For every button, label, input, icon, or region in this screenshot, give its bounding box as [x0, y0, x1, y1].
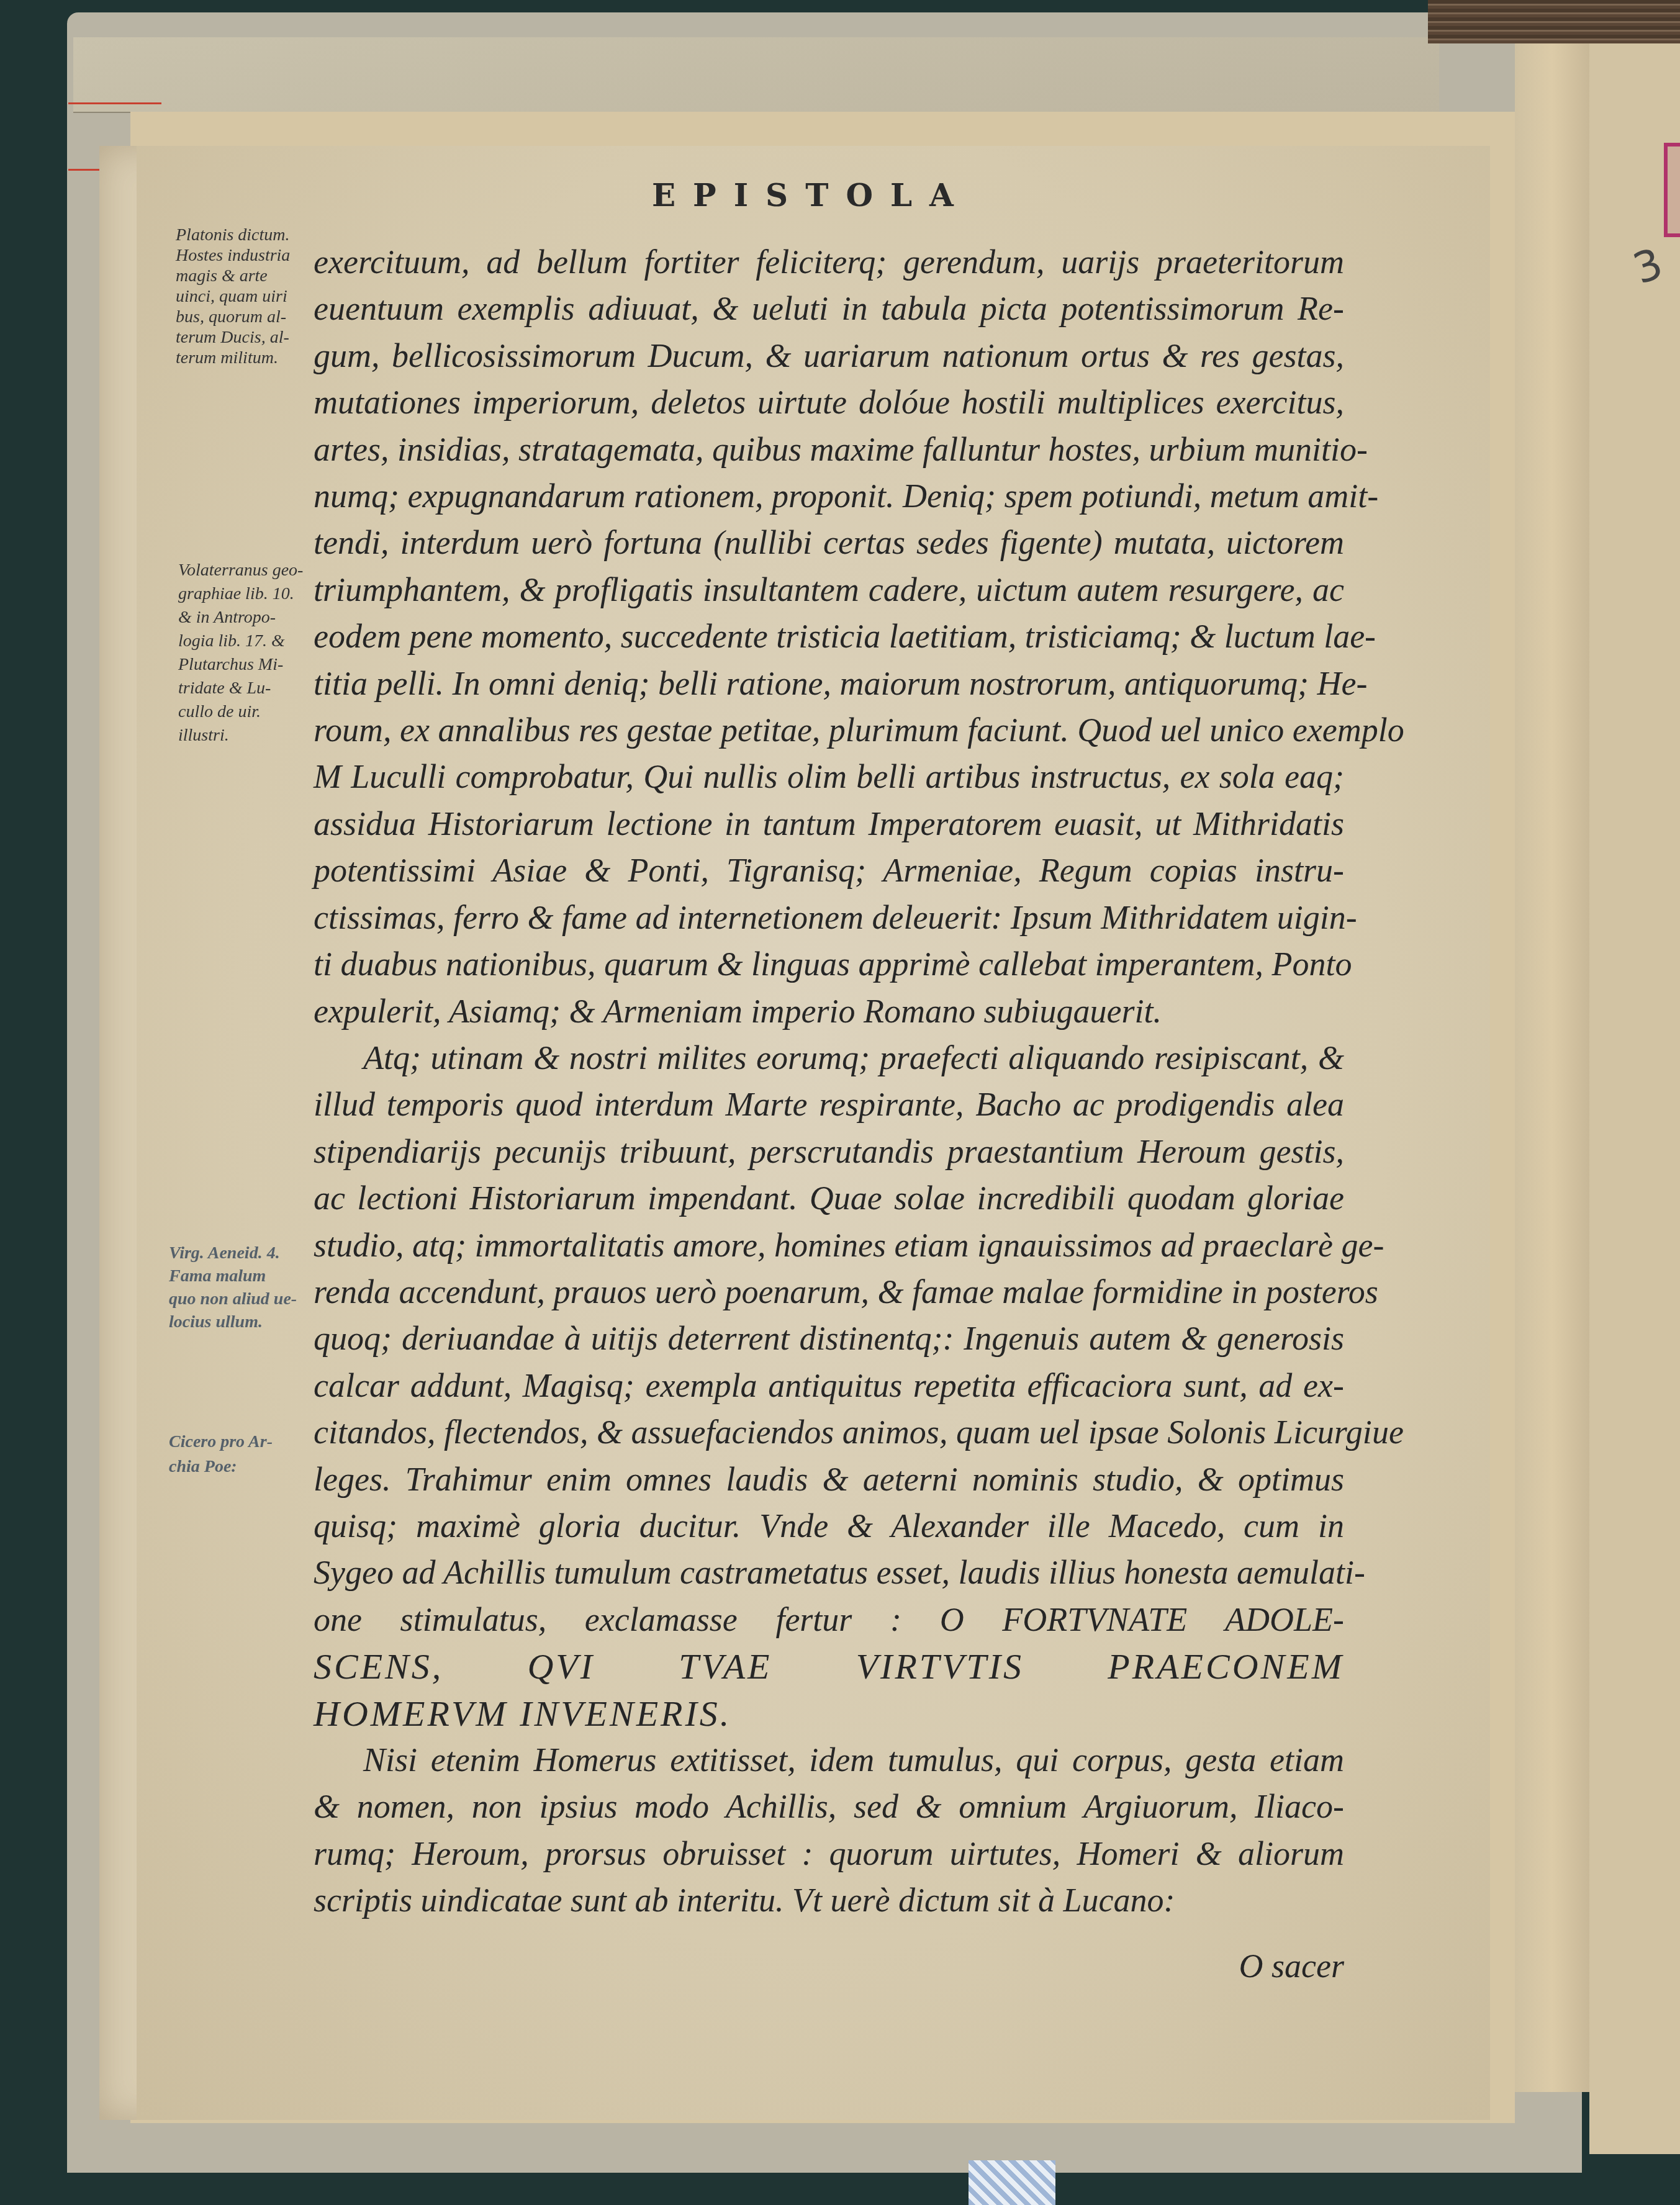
margin-note-line: cullo de uir.	[178, 700, 321, 724]
margin-note-line: locius ullum.	[169, 1310, 312, 1333]
text-line: calcar addunt, Magisq; exempla antiquitu…	[314, 1363, 1344, 1409]
margin-note-line: illustri.	[178, 724, 321, 747]
paragraph-3: Nisi etenim Homerus extitisset, idem tum…	[314, 1737, 1344, 1924]
text-line: Sygeo ad Achillis tumulum castrametatus …	[314, 1549, 1344, 1596]
margin-note-cicero: Cicero pro Ar- chia Poe:	[169, 1430, 312, 1479]
margin-note-line: bus, quorum al-	[176, 307, 318, 327]
text-line: illud temporis quod interdum Marte respi…	[314, 1081, 1344, 1128]
margin-note-line: logia lib. 17. &	[178, 629, 321, 653]
text-line: Atq; utinam & nostri milites eorumq; pra…	[314, 1035, 1344, 1081]
text-line: gum, bellicosissimorum Ducum, & uariarum…	[314, 333, 1344, 379]
margin-note-line: quo non aliud ue-	[169, 1287, 312, 1310]
text-line: ctissimas, ferro & fame ad internetionem…	[314, 895, 1344, 941]
text-line: artes, insidias, stratagemata, quibus ma…	[314, 426, 1344, 473]
margin-note-line: uinci, quam uiri	[176, 286, 318, 307]
margin-note-line: magis & arte	[176, 266, 318, 286]
text-line: potentissimi Asiae & Ponti, Tigranisq; A…	[314, 847, 1344, 894]
cover-turn-in	[73, 37, 1439, 113]
library-stamp	[1664, 143, 1680, 237]
margin-note-line: Volaterranus geo-	[178, 559, 321, 582]
margin-note-line: chia Poe:	[169, 1454, 312, 1479]
margin-note-line: Platonis dictum.	[176, 225, 318, 245]
text-line: renda accendunt, prauos uerò poenarum, &…	[314, 1269, 1344, 1315]
margin-note-line: tridate & Lu-	[178, 677, 321, 700]
text-line: leges. Trahimur enim omnes laudis & aete…	[314, 1456, 1344, 1503]
text-line: M Luculli comprobatur, Qui nullis olim b…	[314, 754, 1344, 800]
text-line: & nomen, non ipsius modo Achillis, sed &…	[314, 1783, 1344, 1830]
catchword: O sacer	[314, 1943, 1344, 1990]
margin-note-line: terum militum.	[176, 348, 318, 368]
text-line: rumq; Heroum, prorsus obruisset : quorum…	[314, 1831, 1344, 1877]
red-edge-rule	[68, 102, 161, 104]
text-line-capitals: HOMERVM INVENERIS.	[314, 1690, 1344, 1737]
text-line: roum, ex annalibus res gestae petitae, p…	[314, 707, 1344, 754]
paragraph-1: exercituum, ad bellum fortiter feliciter…	[314, 239, 1344, 1035]
text-line: quoq; deriuandae à uitijs deterrent dist…	[314, 1315, 1344, 1362]
margin-note-line: Hostes industria	[176, 245, 318, 266]
margin-note-line: Cicero pro Ar-	[169, 1430, 312, 1454]
facing-page	[1589, 43, 1680, 2154]
text-line: expulerit, Asiamq; & Armeniam imperio Ro…	[314, 988, 1344, 1035]
text-line: tendi, interdum uerò fortuna (nullibi ce…	[314, 520, 1344, 566]
margin-note-line: Plutarchus Mi-	[178, 653, 321, 677]
paragraph-2: Atq; utinam & nostri milites eorumq; pra…	[314, 1035, 1344, 1737]
margin-note-line: & in Antropo-	[178, 606, 321, 629]
text-line: scriptis uindicatae sunt ab interitu. Vt…	[314, 1877, 1344, 1924]
text-line: numq; expugnandarum rationem, proponit. …	[314, 473, 1344, 520]
text-line: ac lectioni Historiarum impendant. Quae …	[314, 1175, 1344, 1222]
text-line: euentuum exemplis adiuuat, & ueluti in t…	[314, 286, 1344, 332]
margin-note-platonis: Platonis dictum. Hostes industria magis …	[176, 225, 318, 368]
margin-note-line: graphiae lib. 10.	[178, 582, 321, 606]
call-number-tag	[969, 2160, 1055, 2205]
fore-edge-pages	[1428, 0, 1680, 43]
margin-note-line: terum Ducis, al-	[176, 327, 318, 348]
text-line: eodem pene momento, succedente tristicia…	[314, 613, 1344, 660]
text-line: stipendiarijs pecunijs tribuunt, perscru…	[314, 1129, 1344, 1175]
text-line: titia pelli. In omni deniq; belli ration…	[314, 661, 1344, 707]
text-line: one stimulatus, exclamasse fertur : O FO…	[314, 1597, 1344, 1643]
text-line: quisq; maximè gloria ducitur. Vnde & Ale…	[314, 1503, 1344, 1549]
text-line: assidua Historiarum lectione in tantum I…	[314, 801, 1344, 847]
text-line: studio, atq; immortalitatis amore, homin…	[314, 1222, 1344, 1269]
body-text: exercituum, ad bellum fortiter feliciter…	[314, 239, 1344, 1990]
margin-note-line: Virg. Aeneid. 4.	[169, 1242, 312, 1265]
margin-note-volaterranus: Volaterranus geo- graphiae lib. 10. & in…	[178, 559, 321, 747]
text-line: ti duabus nationibus, quarum & linguas a…	[314, 941, 1344, 988]
text-line: Nisi etenim Homerus extitisset, idem tum…	[314, 1737, 1344, 1783]
text-line: exercituum, ad bellum fortiter feliciter…	[314, 239, 1344, 286]
text-line: triumphantem, & profligatis insultantem …	[314, 567, 1344, 613]
text-line: citandos, flectendos, & assuefaciendos a…	[314, 1409, 1344, 1456]
margin-note-virgil: Virg. Aeneid. 4. Fama malum quo non aliu…	[169, 1242, 312, 1333]
text-line: mutationes imperiorum, deletos uirtute d…	[314, 379, 1344, 426]
red-edge-rule	[68, 169, 99, 171]
text-line-capitals: SCENS, QVI TVAE VIRTVTIS PRAECONEM	[314, 1643, 1344, 1690]
margin-note-line: Fama malum	[169, 1265, 312, 1287]
running-head: EPISTOLA	[652, 177, 971, 214]
binding-gutter	[1515, 43, 1589, 2092]
